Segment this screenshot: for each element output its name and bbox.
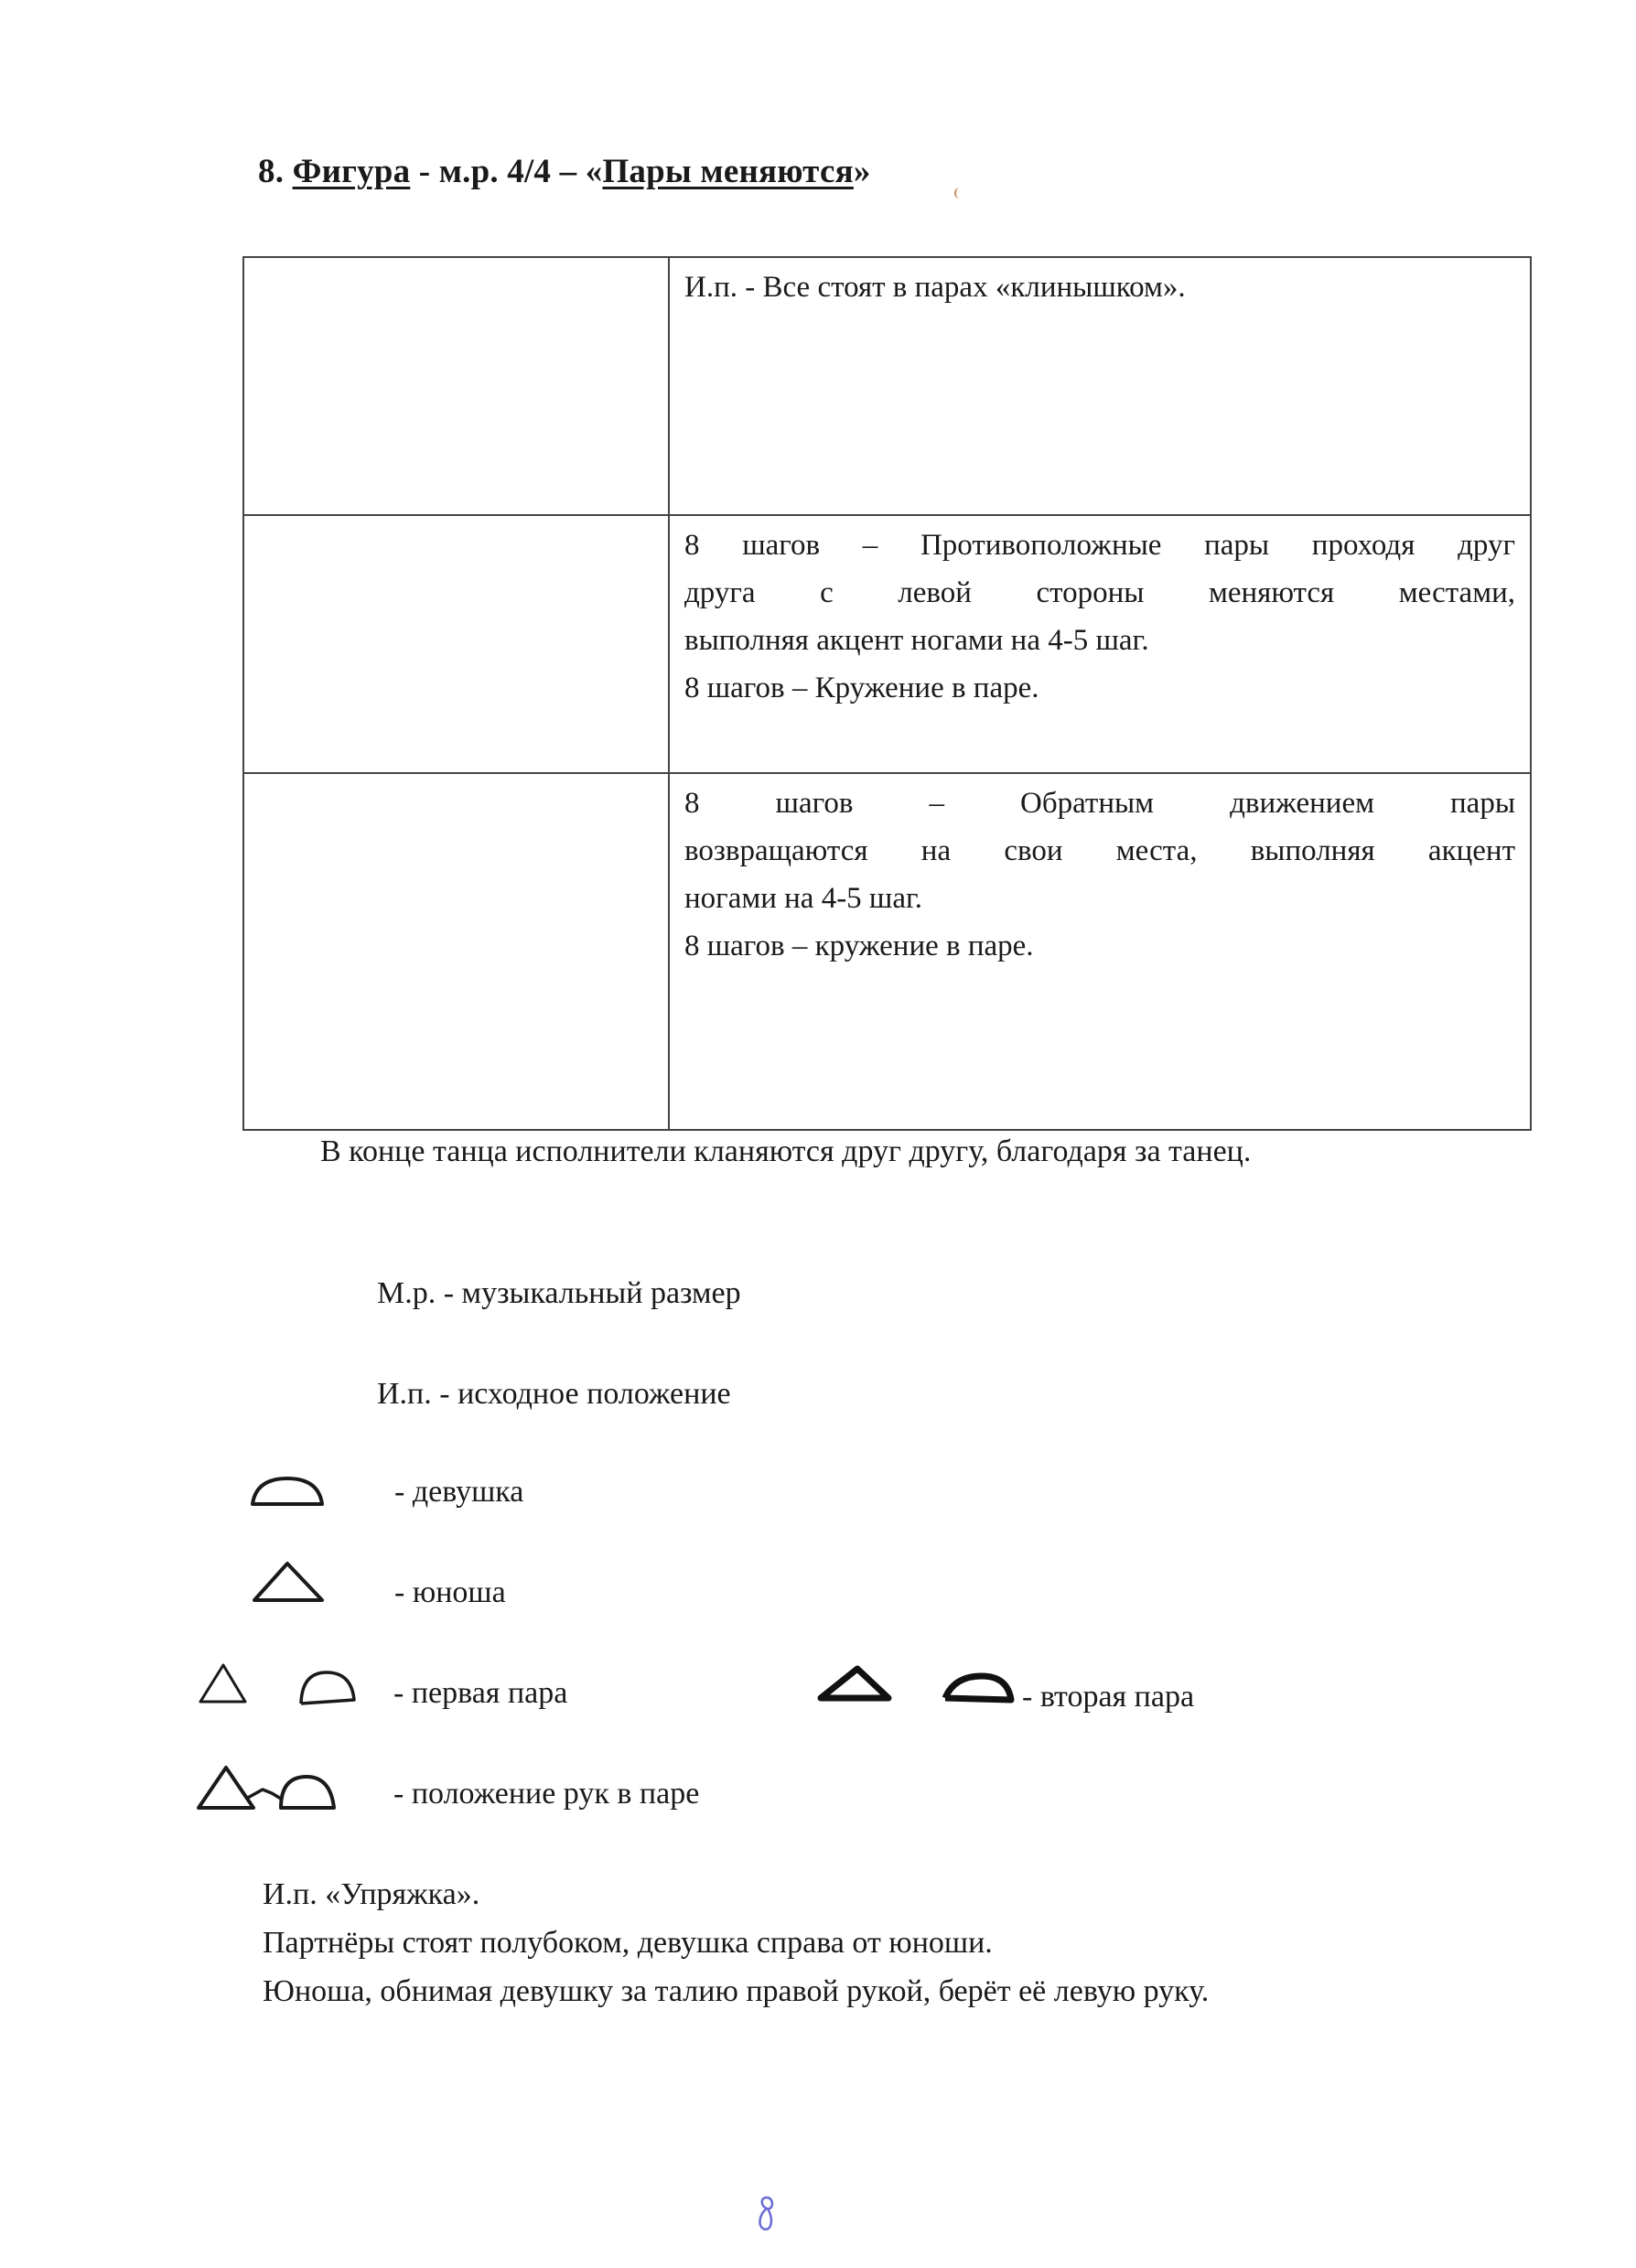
description-line: возвращаются на свои места, выполняя акц… [684,827,1515,875]
description-line: 8 шагов – Обратным движением пары [684,779,1515,827]
heading-number: 8. [258,153,284,190]
legend-first-pair-label: - первая пара [393,1676,567,1711]
starting-position-line: Юноша, обнимая девушку за талию правой р… [263,1974,1209,2009]
closing-line: В конце танца исполнители кланяются друг… [320,1134,1251,1169]
abbreviation-ip: И.п. - исходное положение [377,1377,731,1412]
diagram-cell [243,515,669,773]
description-cell: 8 шагов – Противоположные пары проходя д… [669,515,1531,773]
description-line: 8 шагов – кружение в паре. [684,922,1515,970]
triangle-semicircle-pair-icon [196,1658,379,1707]
page-number-handwritten [756,2194,776,2232]
table-row: 8 шагов – Обратным движением пары возвра… [243,773,1531,1130]
steps-table: И.п. - Все стоят в парах «клинышком». 8 … [242,256,1532,1131]
table-row: И.п. - Все стоят в парах «клинышком». [243,257,1531,515]
legend-arm-position-label: - положение рук в паре [393,1777,699,1811]
scan-mark [954,188,962,199]
section-heading: 8. Фигура - м.р. 4/4 – «Пары меняются» [258,152,871,191]
starting-position-title: И.п. «Упряжка». [263,1877,479,1912]
description-cell: 8 шагов – Обратным движением пары возвра… [669,773,1531,1130]
description-line: И.п. - Все стоят в парах «клинышком». [684,263,1515,311]
bold-triangle-semicircle-pair-icon [817,1663,1028,1713]
table-row: 8 шагов – Противоположные пары проходя д… [243,515,1531,773]
description-line: друга с левой стороны меняются местами, [684,569,1515,617]
description-cell: И.п. - Все стоят в парах «клинышком». [669,257,1531,515]
description-line: 8 шагов – Кружение в паре. [684,664,1515,712]
diagram-cell [243,773,669,1130]
triangle-icon [251,1560,328,1606]
description-line: выполняя акцент ногами на 4-5 шаг. [684,617,1515,664]
legend-girl-label: - девушка [394,1475,523,1510]
heading-figure-word: Фигура [293,153,411,190]
legend-second-pair-label: - вторая пара [1022,1680,1194,1714]
abbreviation-mr: М.р. - музыкальный размер [377,1276,741,1311]
diagram-cell [243,257,669,515]
heading-meter: - м.р. 4/4 – « [410,153,602,190]
heading-close-quote: » [854,153,871,190]
heading-figure-name: Пары меняются [602,153,853,190]
linked-pair-icon [195,1758,387,1815]
semicircle-icon [249,1475,328,1511]
description-line: ногами на 4-5 шаг. [684,875,1515,922]
starting-position-line: Партнёры стоят полубоком, девушка справа… [263,1926,993,1961]
legend-boy-label: - юноша [394,1575,506,1610]
description-line: 8 шагов – Противоположные пары проходя д… [684,521,1515,569]
